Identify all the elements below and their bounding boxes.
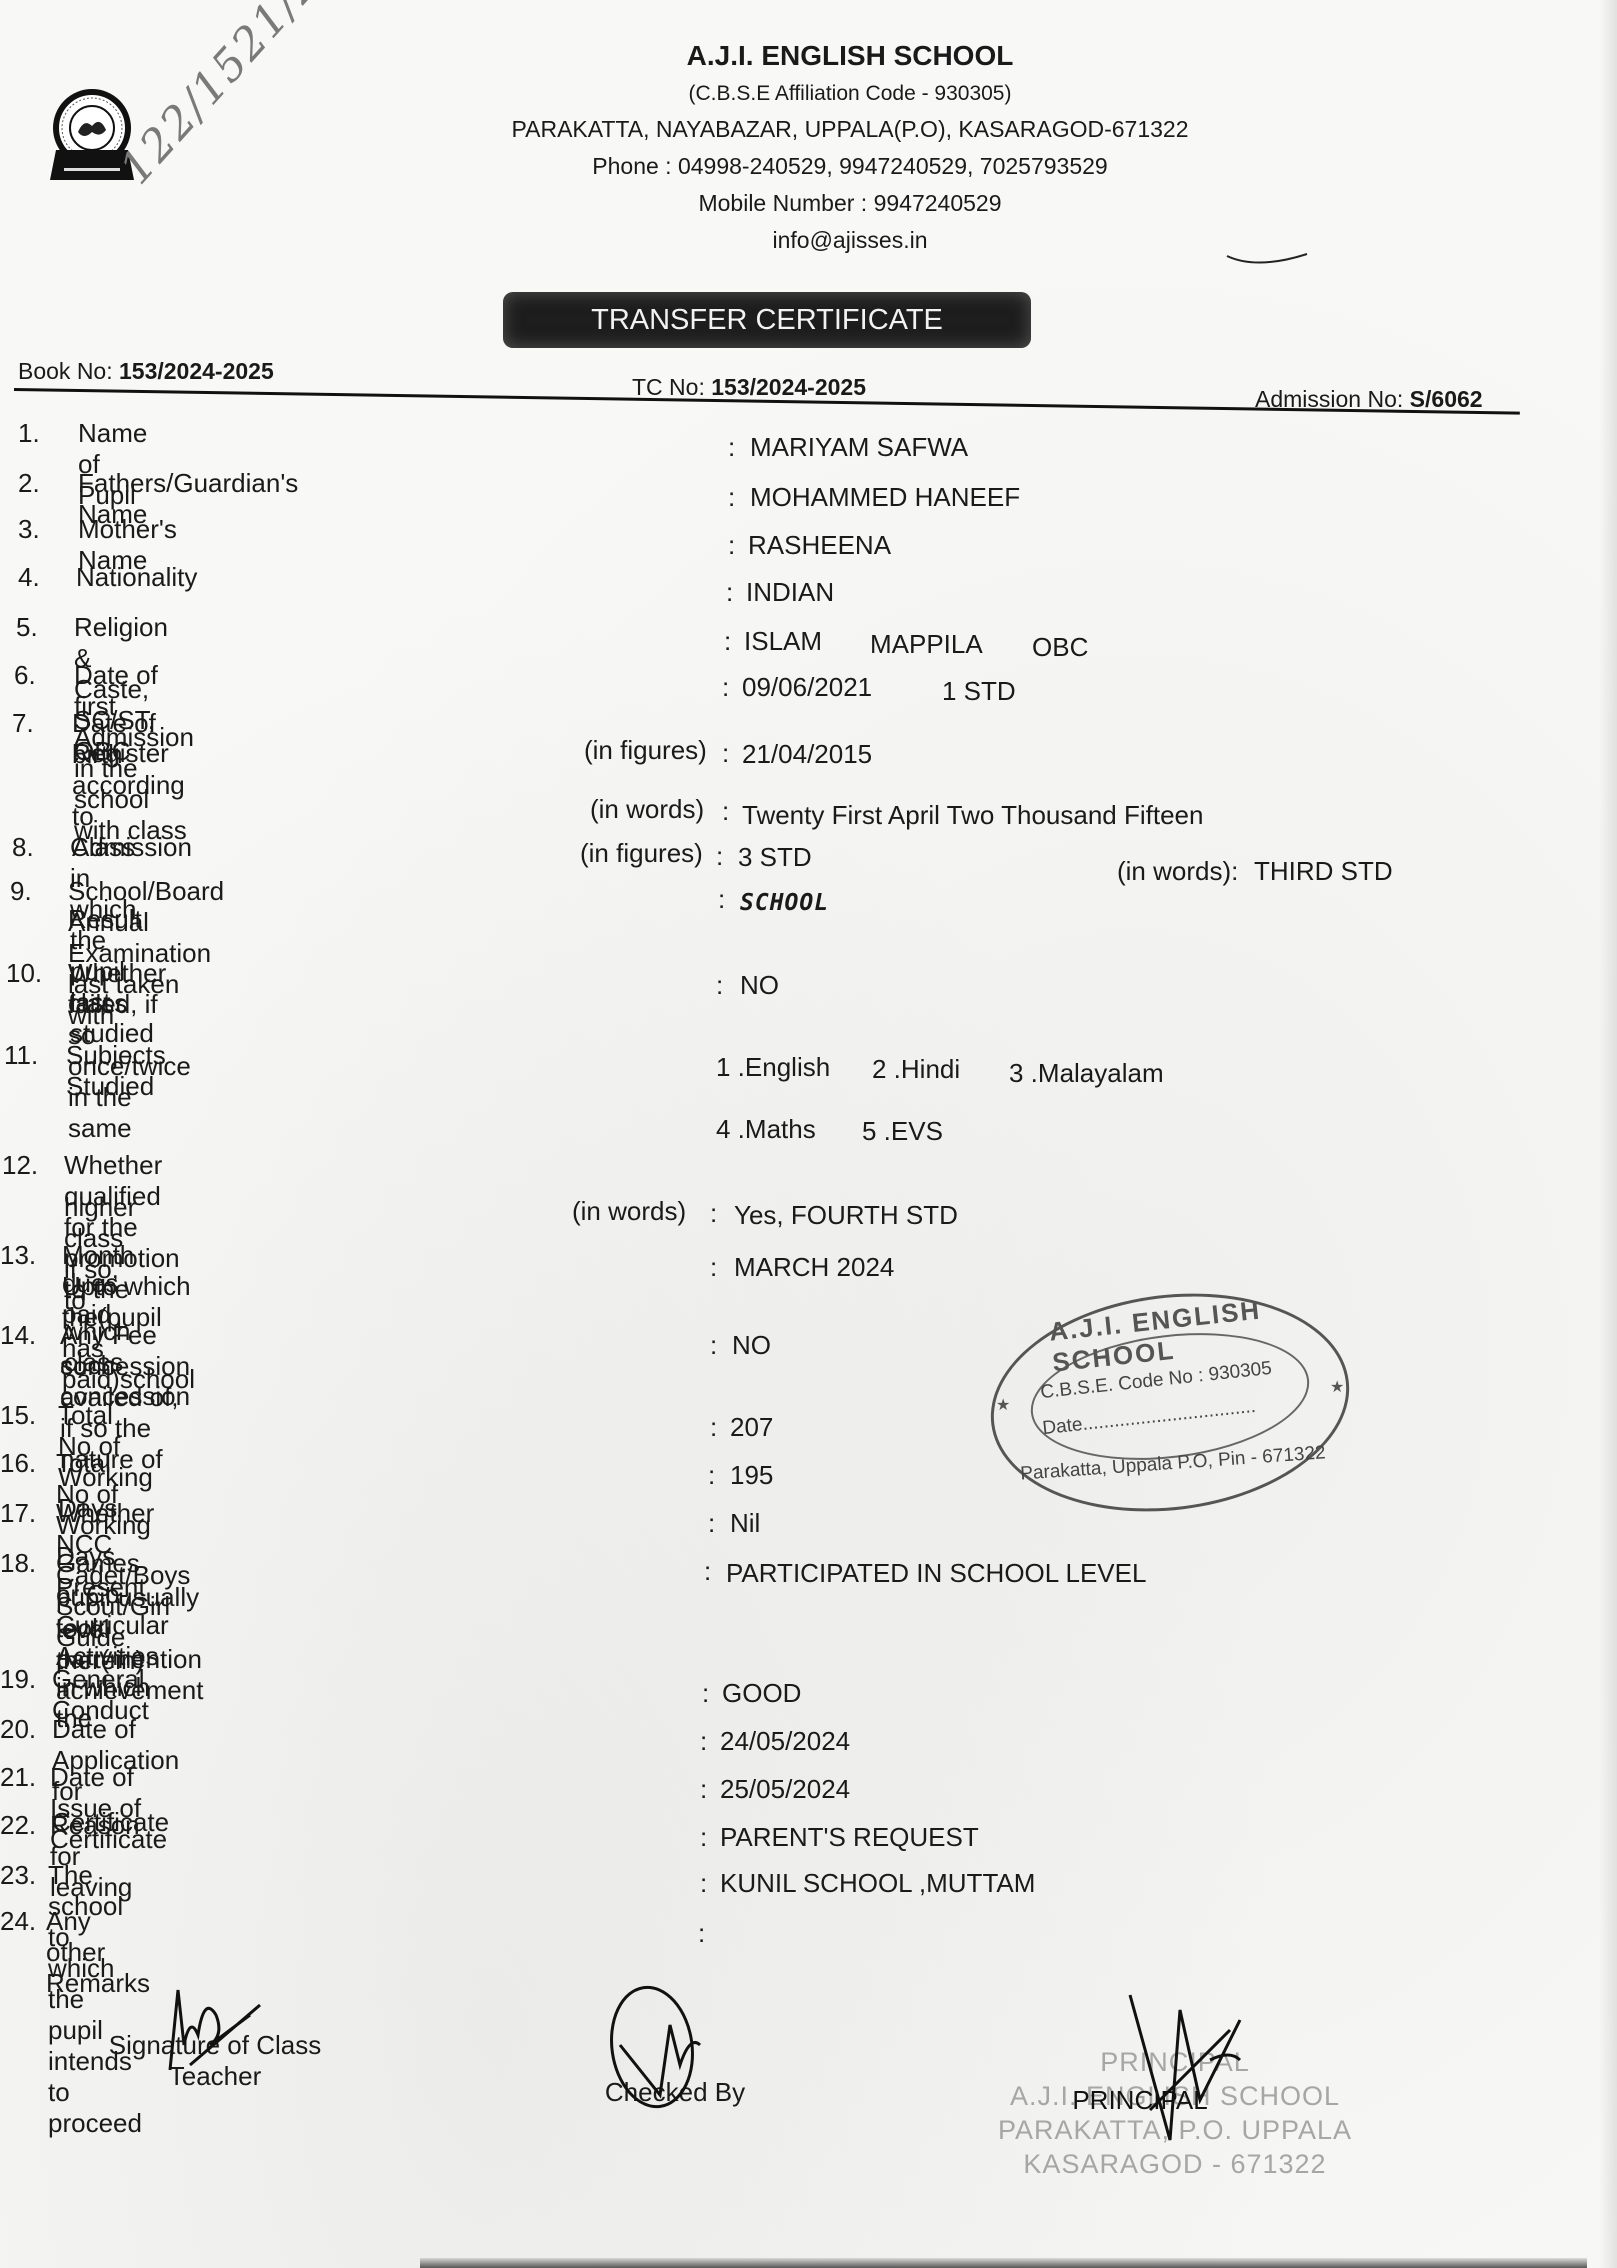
scan-bottom-shadow	[420, 2258, 1587, 2268]
religion: ISLAM	[744, 626, 822, 657]
handwritten-reference: 122/1521/2024	[110, 0, 391, 194]
subject-1: 1 .English	[716, 1052, 830, 1083]
first-admission-date: 09/06/2021	[742, 672, 872, 703]
ncc-status: Nil	[730, 1508, 760, 1539]
issue-date: 25/05/2024	[720, 1774, 850, 1805]
nationality: INDIAN	[746, 577, 834, 608]
dob-figures: 21/04/2015	[742, 739, 872, 770]
checked-by-signature-icon	[590, 1985, 740, 2115]
application-date: 24/05/2024	[720, 1726, 850, 1757]
next-school: KUNIL SCHOOL ,MUTTAM	[720, 1868, 1035, 1899]
fee-concession: NO	[732, 1330, 771, 1361]
star-icon: ★	[1330, 1377, 1344, 1397]
caste: MAPPILA	[870, 629, 983, 660]
school-email: info@ajisses.in	[420, 227, 1280, 254]
total-working-days: 207	[730, 1412, 773, 1443]
subject-4: 4 .Maths	[716, 1114, 816, 1145]
class-teacher-signature-icon	[150, 1985, 290, 2075]
first-admission-class: 1 STD	[942, 676, 1016, 707]
tc-number: TC No: 153/2024-2025	[632, 374, 866, 401]
guardian-name: MOHAMMED HANEEF	[750, 482, 1020, 513]
star-icon: ★	[996, 1395, 1010, 1415]
promotion-class: Yes, FOURTH STD	[734, 1200, 958, 1231]
school-name: A.J.I. ENGLISH SCHOOL	[420, 40, 1280, 72]
category: OBC	[1032, 632, 1088, 663]
certificate-page: 122/1521/2024 A.J.I. ENGLISH SCHOOL (C.B…	[0, 0, 1617, 2268]
affiliation-code: (C.B.S.E Affiliation Code - 930305)	[420, 82, 1280, 106]
co-curricular-activities: PARTICIPATED IN SCHOOL LEVEL	[726, 1558, 1146, 1589]
general-conduct: GOOD	[722, 1678, 801, 1709]
subject-5: 5 .EVS	[862, 1116, 943, 1147]
school-phone: Phone : 04998-240529, 9947240529, 702579…	[420, 153, 1280, 180]
pen-mark	[1225, 250, 1315, 270]
school-seal: A.J.I. ENGLISH SCHOOL ★ ★ C.B.S.E. Code …	[990, 1295, 1350, 1510]
dues-paid-month: MARCH 2024	[734, 1252, 894, 1283]
pupil-name: MARIYAM SAFWA	[750, 432, 968, 463]
dob-words: Twenty First April Two Thousand Fifteen	[742, 800, 1203, 831]
failed-status: NO	[740, 970, 779, 1001]
principal-signature-icon	[1110, 1990, 1290, 2160]
subject-3: 3 .Malayalam	[1009, 1058, 1164, 1089]
school-mobile: Mobile Number : 9947240529	[420, 190, 1280, 217]
mother-name: RASHEENA	[748, 530, 891, 561]
book-number: Book No: 153/2024-2025	[18, 358, 274, 385]
exam-board: SCHOOL	[740, 888, 829, 919]
school-address: PARAKATTA, NAYABAZAR, UPPALA(P.O), KASAR…	[420, 116, 1280, 143]
last-class-words: THIRD STD	[1254, 856, 1393, 887]
subject-2: 2 .Hindi	[872, 1054, 960, 1085]
last-class-figures: 3 STD	[738, 842, 812, 873]
scan-edge-shadow	[1599, 0, 1617, 2268]
document-title: TRANSFER CERTIFICATE	[503, 292, 1031, 348]
school-header: A.J.I. ENGLISH SCHOOL (C.B.S.E Affiliati…	[420, 36, 1280, 254]
reason-for-leaving: PARENT'S REQUEST	[720, 1822, 979, 1853]
days-present: 195	[730, 1460, 773, 1491]
